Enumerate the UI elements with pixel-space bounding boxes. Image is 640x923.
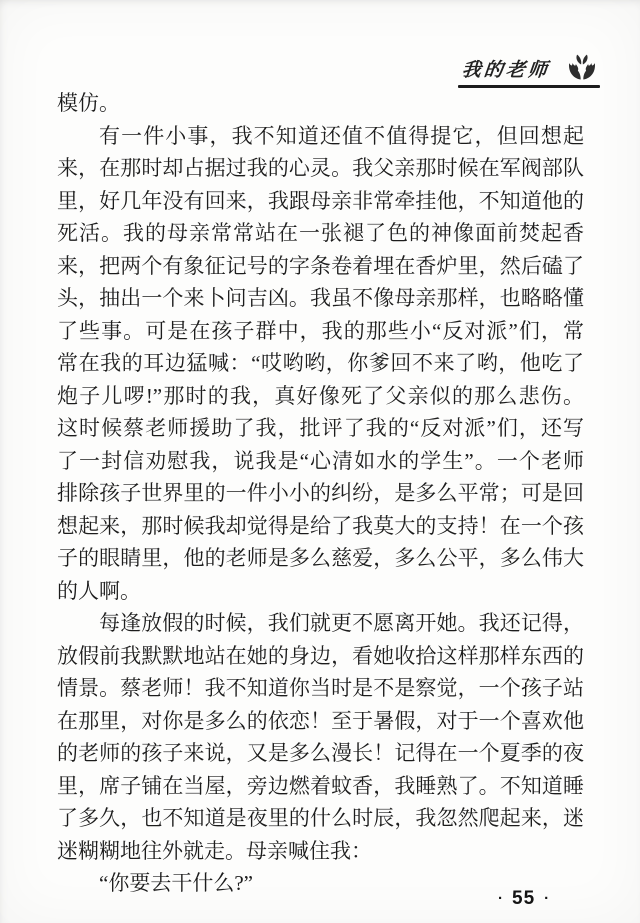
text-line: 情景。蔡老师！我不知道你当时是不是察觉，一个孩子站	[57, 672, 584, 705]
text-line: 想起来，那时候我却觉得是给了我莫大的支持！在一个孩	[57, 510, 584, 543]
text-line: 了些事。可是在孩子群中，我的那些小“反对派”们，常	[57, 315, 584, 348]
text-line: 了一封信劝慰我，说我是“心清如水的学生”。一个老师	[57, 445, 584, 478]
text-line: 模仿。	[57, 87, 584, 120]
text-line: 炮子儿啰!”那时的我，真好像死了父亲似的那么悲伤。	[57, 380, 584, 413]
text-line: 有一件小事，我不知道还值不值得提它，但回想起	[57, 120, 584, 153]
folio-dot-left: ·	[498, 891, 503, 906]
text-line: 的老师的孩子来说，又是多么漫长！记得在一个夏季的夜	[57, 737, 584, 770]
text-line: 了多久，也不知道是夜里的什么时辰，我忽然爬起来，迷	[57, 802, 584, 835]
chapter-title: 我的老师	[461, 55, 552, 82]
text-line: 死活。我的母亲常常站在一张褪了色的神像面前焚起香	[57, 217, 584, 250]
folio-dot-right: ·	[544, 891, 549, 906]
text-line: 来，在那时却占据过我的心灵。我父亲那时候在军阀部队	[57, 152, 584, 185]
text-line: 子的眼睛里，他的老师是多么慈爱，多么公平，多么伟大	[57, 542, 584, 575]
page-number: · 55 ·	[498, 889, 549, 908]
page-header: 我的老师	[458, 52, 600, 88]
book-page: 我的老师 模仿。 有一件小事，我不知道还值不值得提它，但回想起 来，在那时却占据…	[0, 0, 640, 923]
text-line: 每逢放假的时候，我们就更不愿离开她。我还记得，	[57, 607, 584, 640]
text-line: 里，席子铺在当屋，旁边燃着蚊香，我睡熟了。不知道睡	[57, 770, 584, 803]
text-line: 迷糊糊地往外就走。母亲喊住我：	[57, 835, 584, 868]
text-line: 头，抽出一个来卜问吉凶。我虽不像母亲那样，也略略懂	[57, 282, 584, 315]
folio-number: 55	[512, 889, 535, 908]
text-line: 的人啊。	[57, 575, 584, 608]
text-line: 里，好几年没有回来，我跟母亲非常牵挂他，不知道他的	[57, 185, 584, 218]
text-line: 常在我的耳边猛喊：“哎哟哟，你爹回不来了哟，他吃了	[57, 347, 584, 380]
body-text: 模仿。 有一件小事，我不知道还值不值得提它，但回想起 来，在那时却占据过我的心灵…	[57, 87, 584, 900]
text-line: 来，把两个有象征记号的字条卷着埋在香炉里，然后磕了	[57, 250, 584, 283]
hands-holding-sprout-icon	[566, 52, 598, 84]
text-line: 放假前我默默地站在她的身边，看她收拾这样那样东西的	[57, 640, 584, 673]
text-line: 在那里，对你是多么的依恋！至于暑假，对于一个喜欢他	[57, 705, 584, 738]
text-line: 这时候蔡老师援助了我，批评了我的“反对派”们，还写	[57, 412, 584, 445]
text-line: 排除孩子世界里的一件小小的纠纷，是多么平常；可是回	[57, 477, 584, 510]
